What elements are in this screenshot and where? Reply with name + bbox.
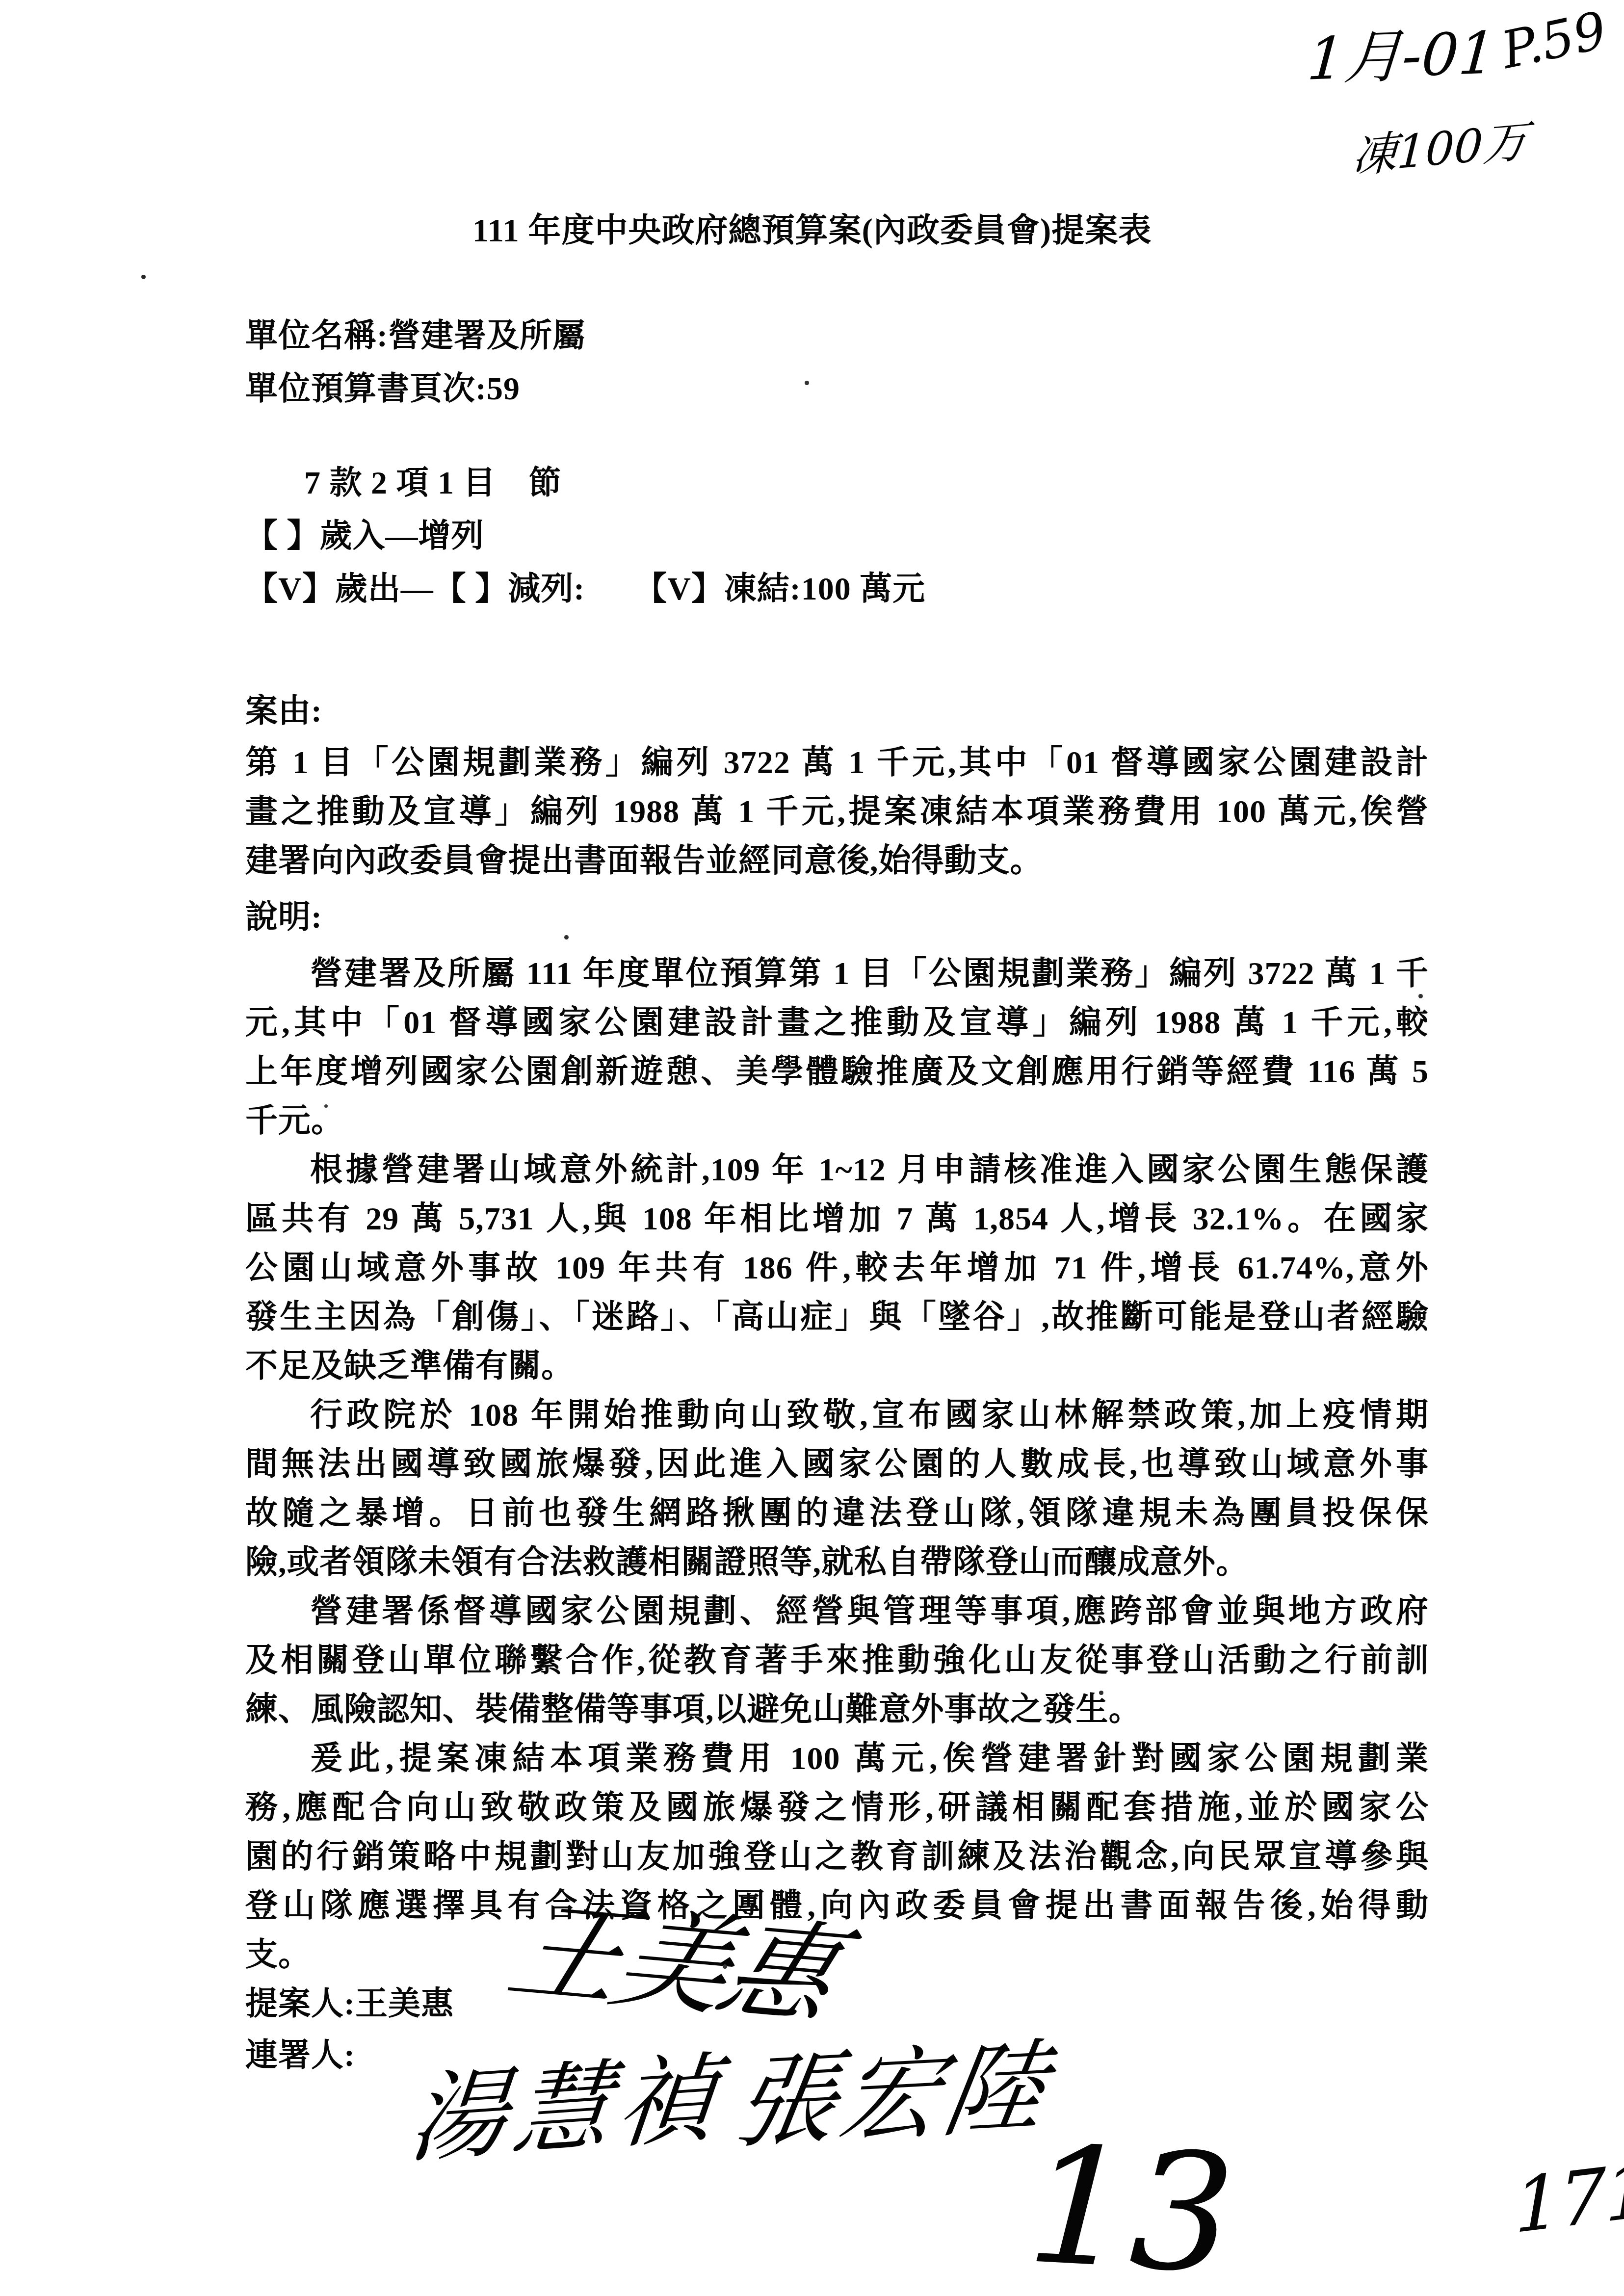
scan-specks <box>0 0 2 2</box>
explanation-line: 千元。 <box>245 1099 1429 1143</box>
explanation-line: 園的行銷策略中規劃對山友加強登山之教育訓練及法治觀念,向民眾宣導參與 <box>245 1835 1429 1879</box>
explanation-line: 務,應配合向山致敬政策及國旅爆發之情形,研議相關配套措施,並於國家公 <box>245 1786 1429 1829</box>
unit-page-line: 單位預算書頁次:59 <box>245 367 520 411</box>
handwritten-freeze-note: 凍100万 <box>1351 119 1529 180</box>
cosigner-label: 連署人: <box>245 2034 355 2077</box>
handwritten-page-note: P.59 <box>1497 4 1611 76</box>
scanned-proposal-form: 1月-01 P.59 凍100万 111 年度中央政府總預算案(內政委員會)提案… <box>0 0 1624 2296</box>
handwritten-corner-number: 171 <box>1514 2153 1624 2244</box>
page-title: 111 年度中央政府總預算案(內政委員會)提案表 <box>0 209 1624 253</box>
revenue-checkbox-line: 【 】歲入—增列 <box>245 514 484 558</box>
case-line: 建署向內政委員會提出書面報告並經同意後,始得動支。 <box>245 839 1429 883</box>
explanation-line: 區共有 29 萬 5,731 人,與 108 年相比增加 7 萬 1,854 人… <box>245 1197 1429 1241</box>
explanation-line: 營建署係督導國家公園規劃、經營與管理等事項,應跨部會並與地方政府 <box>245 1590 1429 1633</box>
handwritten-date-note: 1月-01 <box>1306 24 1497 88</box>
explanation-line: 爰此,提案凍結本項業務費用 100 萬元,俟營建署針對國家公園規劃業 <box>245 1737 1429 1780</box>
explanation-line: 元,其中「01 督導國家公園建設計畫之推動及宣導」編列 1988 萬 1 千元,… <box>245 1001 1429 1044</box>
explanation-line: 行政院於 108 年開始推動向山致敬,宣布國家山林解禁政策,加上疫情期 <box>245 1393 1429 1437</box>
cosigner-signature-1: 湯慧禎 <box>405 2049 726 2169</box>
case-heading: 案由: <box>245 689 322 733</box>
explanation-line: 發生主因為「創傷」、「迷路」、「高山症」與「墜谷」,故推斷可能是登山者經驗 <box>245 1295 1429 1339</box>
explanation-line: 公園山域意外事故 109 年共有 186 件,較去年增加 71 件,增長 61.… <box>245 1246 1429 1290</box>
budget-item-line: 7 款 2 項 1 目 節 <box>304 461 562 505</box>
expenditure-checkbox-line: 【V】歲出—【 】減列: 【V】凍結:100 萬元 <box>245 567 925 611</box>
proposer-signature-handwriting: 王美惠 <box>497 1896 846 2031</box>
proposer-label: 提案人:王美惠 <box>245 1982 454 2026</box>
explanation-line: 上年度增列國家公園創新遊憩、美學體驗推廣及文創應用行銷等經費 116 萬 5 <box>245 1050 1429 1094</box>
explanation-line: 不足及缺乏準備有關。 <box>245 1344 1429 1388</box>
unit-name-line: 單位名稱:營建署及所屬 <box>245 314 585 358</box>
case-line: 畫之推動及宣導」編列 1988 萬 1 千元,提案凍結本項業務費用 100 萬元… <box>245 790 1429 834</box>
explanation-line: 故隨之暴增。日前也發生網路揪團的違法登山隊,領隊違規未為團員投保保 <box>245 1491 1429 1535</box>
explanation-line: 間無法出國導致國旅爆發,因此進入國家公園的人數成長,也導致山域意外事 <box>245 1442 1429 1486</box>
explanation-line: 營建署及所屬 111 年度單位預算第 1 目「公園規劃業務」編列 3722 萬 … <box>245 952 1429 995</box>
explanation-line: 根據營建署山域意外統計,109 年 1~12 月申請核准進入國家公園生態保護 <box>245 1148 1429 1192</box>
case-line: 第 1 目「公園規劃業務」編列 3722 萬 1 千元,其中「01 督導國家公園… <box>245 741 1429 784</box>
explanation-heading: 說明: <box>245 895 322 939</box>
explanation-line: 及相關登山單位聯繫合作,從教育著手來推動強化山友從事登山活動之行前訓 <box>245 1639 1429 1682</box>
cosigner-signature-2: 張宏陸 <box>728 2037 1057 2155</box>
handwritten-tally-number: 13 <box>1024 2124 1238 2296</box>
explanation-line: 練、風險認知、裝備整備等事項,以避免山難意外事故之發生。 <box>245 1688 1429 1731</box>
explanation-line: 險,或者領隊未領有合法救護相關證照等,就私自帶隊登山而釀成意外。 <box>245 1540 1429 1584</box>
